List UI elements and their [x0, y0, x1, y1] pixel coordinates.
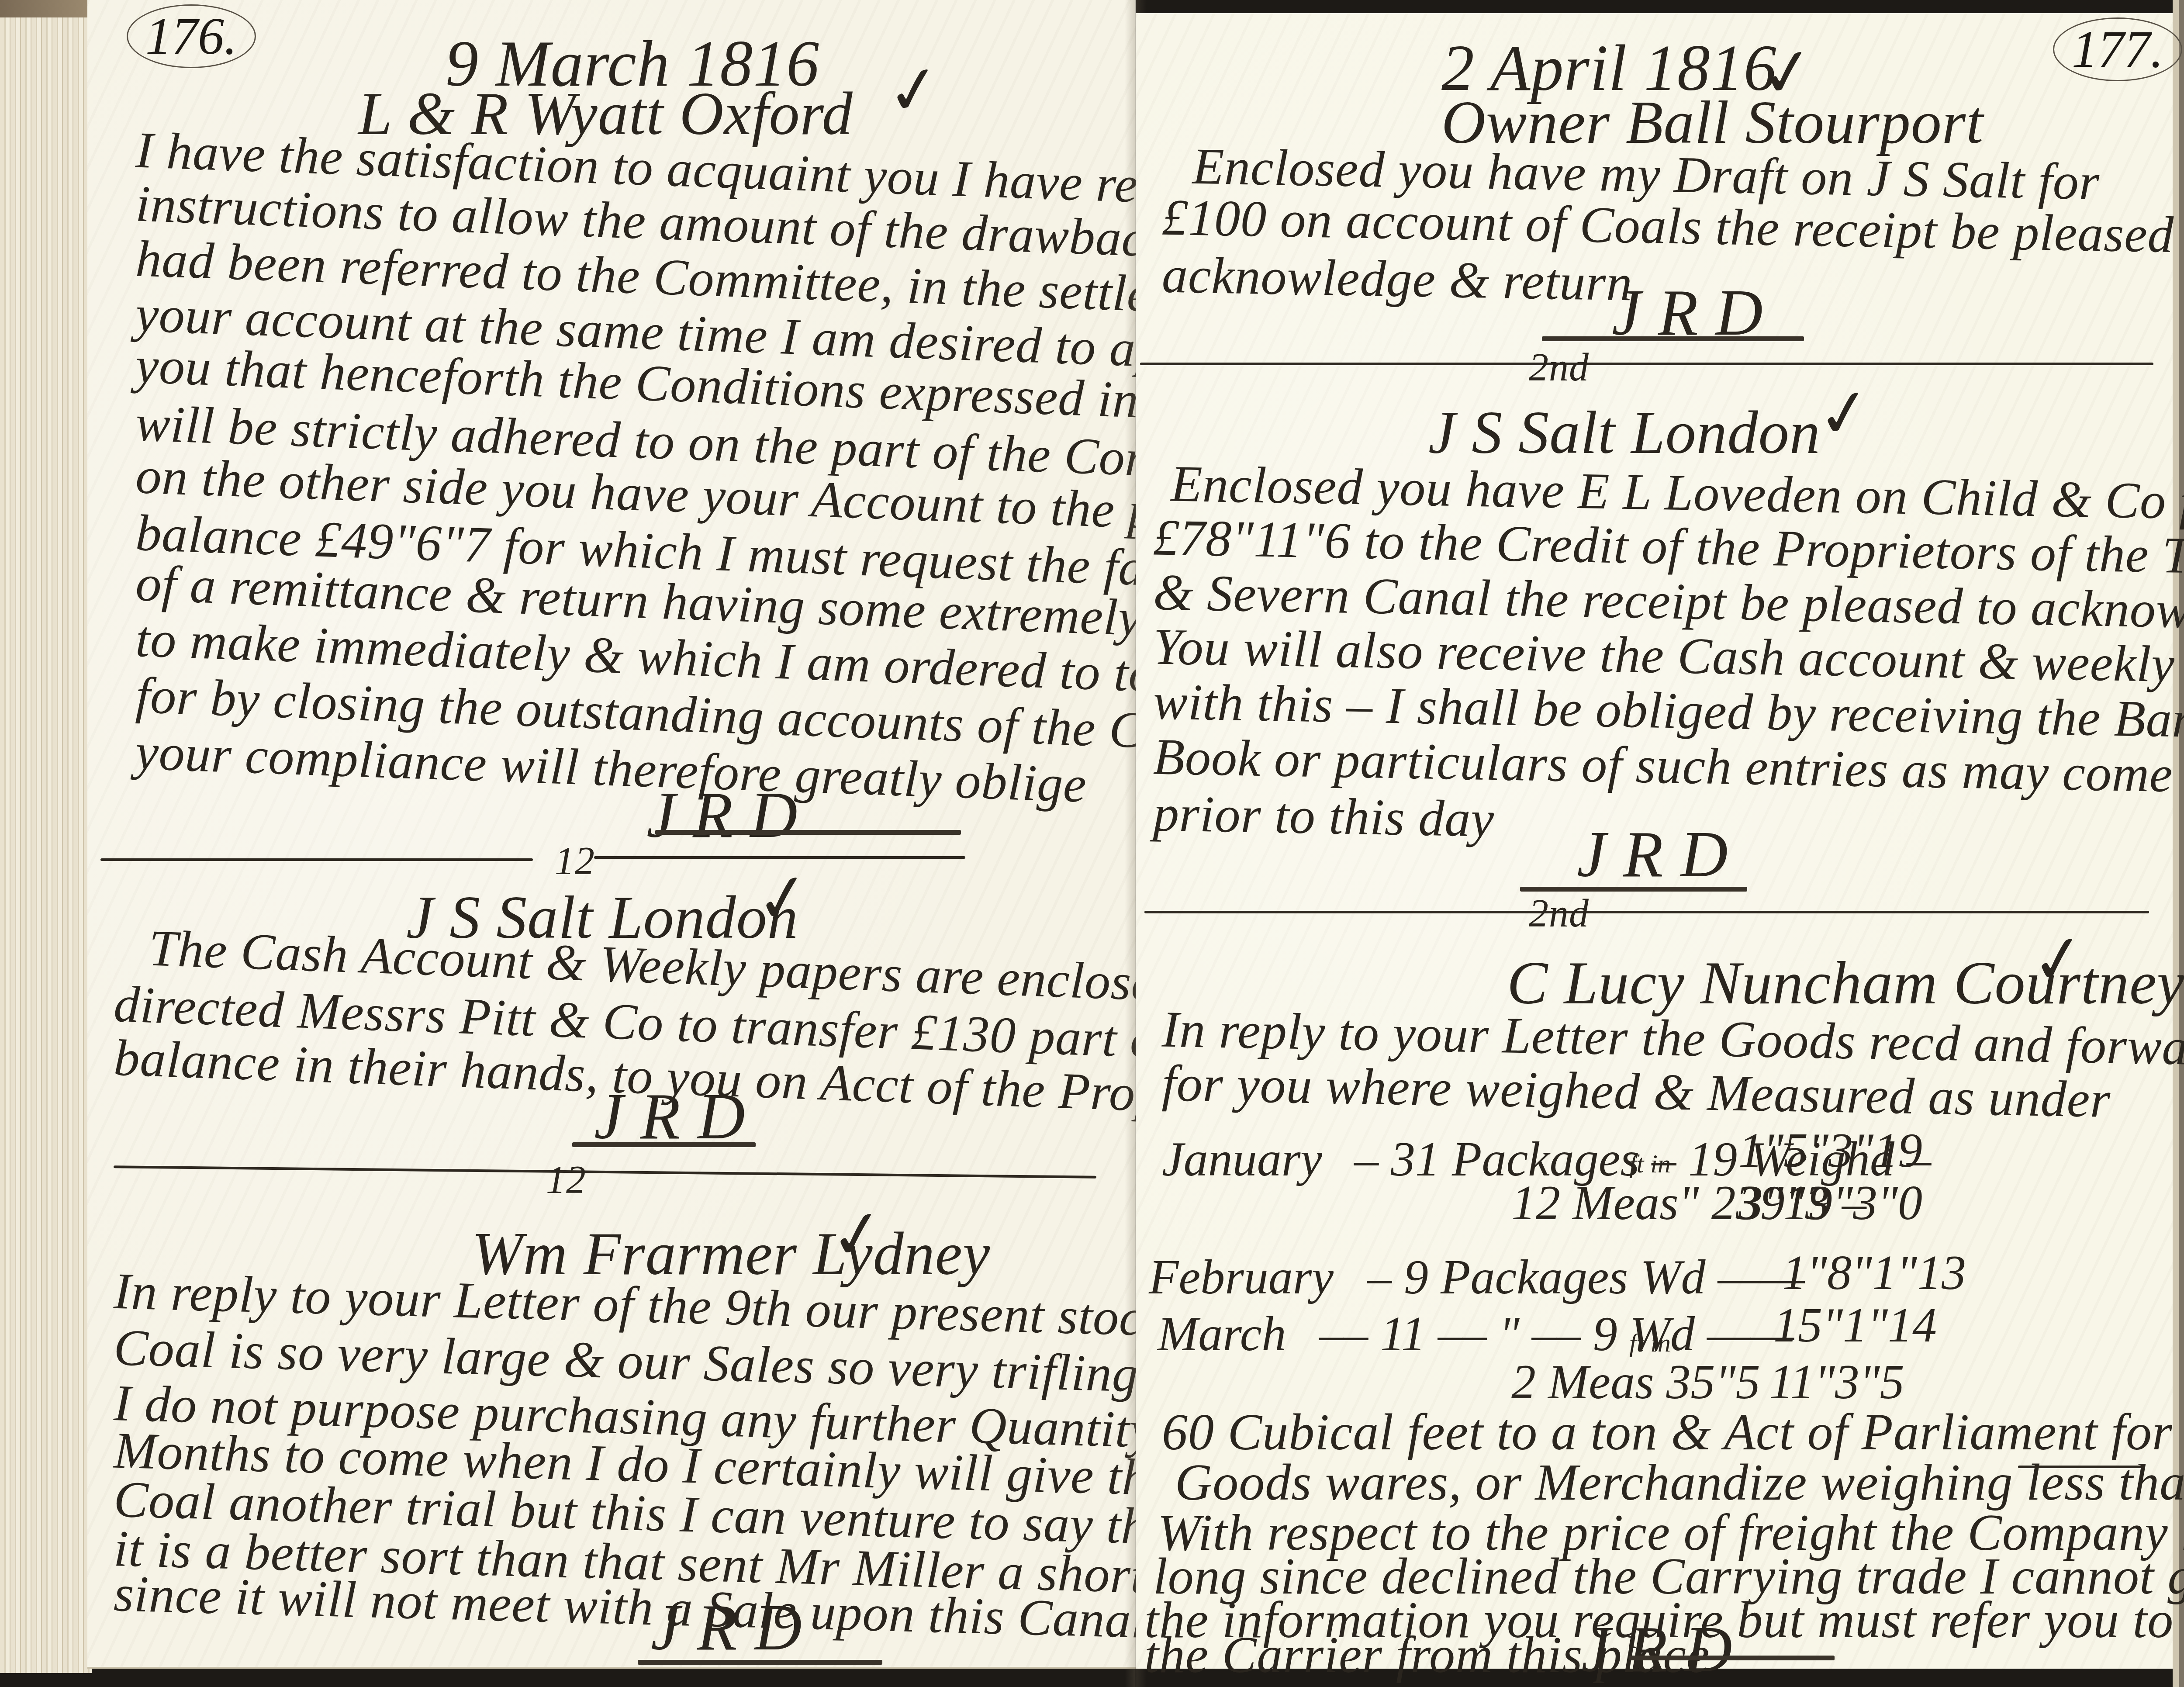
- ledger-month: January: [1162, 1131, 1322, 1188]
- left-page: 176. 9 March 1816 L & R Wyatt Oxford ✓ I…: [87, 0, 1136, 1669]
- checkmark-icon: ✓: [882, 49, 947, 132]
- signature-underline: [1629, 1656, 1835, 1660]
- entry-date: 2nd: [1529, 891, 1589, 936]
- letter-line: prior to this day: [1153, 788, 1495, 845]
- signature-initials: J R D: [646, 778, 798, 853]
- entry-divider: [1140, 363, 2153, 365]
- ledger-value: 1"8"1"13: [1782, 1245, 1966, 1301]
- ledger-value: 15"1"14: [1773, 1297, 1937, 1354]
- ledger-unit-header: ft in: [1629, 1328, 1671, 1358]
- checkmark-icon: ✓: [825, 1193, 890, 1276]
- entry-divider: [114, 1165, 1096, 1179]
- entry-divider: [594, 856, 965, 859]
- letter-line: 60 Cubical feet to a ton & Act of Parlia…: [1162, 1407, 2184, 1458]
- margin-dash: [2018, 1466, 2145, 1468]
- ledger-month: February: [1149, 1249, 1334, 1306]
- signature-underline: [572, 1142, 756, 1147]
- ledger-unit-header: ft in: [1629, 1149, 1671, 1179]
- checkmark-icon: ✓: [1812, 372, 1877, 455]
- ledger-detail: – 9 Packages Wd ——: [1367, 1249, 1805, 1306]
- signature-initials: J R D: [1577, 817, 1728, 892]
- ledger-value: 3"19"3"0: [1738, 1175, 1922, 1231]
- signature-underline: [1542, 336, 1804, 341]
- checkmark-icon: ✓: [2026, 918, 2091, 1001]
- ledger-month: March: [1158, 1306, 1286, 1362]
- letter-line: Goods wares, or Merchandize weighing les…: [1175, 1457, 2184, 1508]
- entry-divider: [1144, 911, 2149, 913]
- signature-initials: J R D: [651, 1590, 802, 1665]
- page-number-right: 177.: [2053, 17, 2182, 81]
- entry-date: 2nd: [1529, 345, 1589, 390]
- entry-date: 12: [555, 839, 595, 884]
- letter-line: acknowledge & return: [1161, 249, 1633, 309]
- ledger-value: 1"5"3"19: [1738, 1123, 1922, 1179]
- page-stack-edge-left: [0, 17, 92, 1673]
- signature-underline: [638, 1660, 882, 1665]
- entry-addressee: J S Salt London: [1428, 398, 1821, 468]
- ledger-detail: 2 Meas 35"5: [1511, 1354, 1760, 1410]
- page-number-left: 176.: [127, 4, 256, 68]
- signature-underline: [655, 830, 961, 835]
- right-page: 177. 2 April 1816 ✓ Owner Ball Stourport…: [1136, 13, 2173, 1669]
- entry-divider: [100, 858, 533, 861]
- checkmark-icon: ✓: [751, 857, 816, 940]
- ledger-value: 11"3"5: [1769, 1354, 1904, 1410]
- entry-date: 12: [546, 1158, 586, 1203]
- signature-initials: J R D: [1581, 1612, 1733, 1687]
